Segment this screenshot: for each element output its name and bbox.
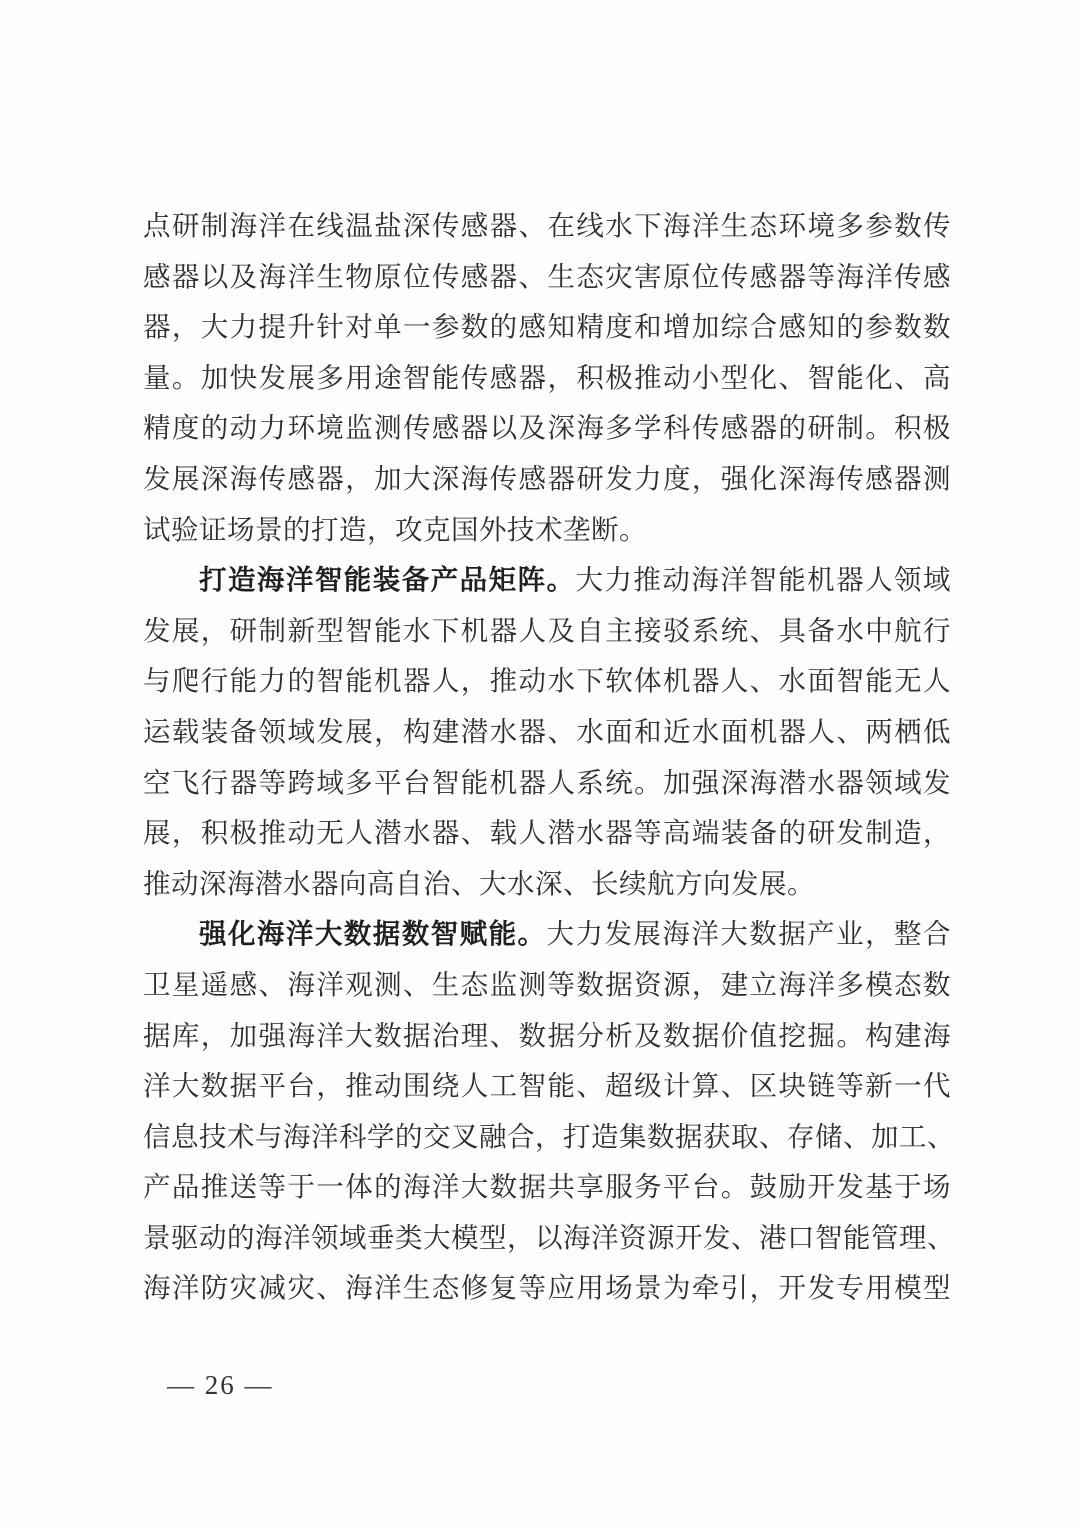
text-line: 卫星遥感、海洋观测、生态监测等数据资源，建立海洋多模态数 <box>143 960 951 1011</box>
text-line: 器，大力提升针对单一参数的感知精度和增加综合感知的参数数 <box>143 302 951 353</box>
text-line: 海洋防灾减灾、海洋生态修复等应用场景为牵引，开发专用模型 <box>143 1263 951 1314</box>
text-line: 推动深海潜水器向高自治、大水深、长续航方向发展。 <box>143 859 951 910</box>
paragraph-lead-bold: 打造海洋智能装备产品矩阵。 <box>199 564 575 595</box>
text-line: 打造海洋智能装备产品矩阵。大力推动海洋智能机器人领域 <box>143 555 951 606</box>
text-line: 发展深海传感器，加大深海传感器研发力度，强化深海传感器测 <box>143 454 951 505</box>
text-line: 点研制海洋在线温盐深传感器、在线水下海洋生态环境多参数传 <box>143 201 951 252</box>
text-line: 与爬行能力的智能机器人，推动水下软体机器人、水面智能无人 <box>143 656 951 707</box>
text-line: 展，积极推动无人潜水器、载人潜水器等高端装备的研发制造， <box>143 808 951 859</box>
text-line: 运载装备领域发展，构建潜水器、水面和近水面机器人、两栖低 <box>143 707 951 758</box>
paragraph-lead-bold: 强化海洋大数据数智赋能。 <box>199 918 547 949</box>
text-block: 点研制海洋在线温盐深传感器、在线水下海洋生态环境多参数传 感器以及海洋生物原位传… <box>143 201 951 1314</box>
paragraph-smart-equipment: 打造海洋智能装备产品矩阵。大力推动海洋智能机器人领域 发展，研制新型智能水下机器… <box>143 555 951 909</box>
paragraph-sensors: 点研制海洋在线温盐深传感器、在线水下海洋生态环境多参数传 感器以及海洋生物原位传… <box>143 201 951 555</box>
text-line-rest: 大力发展海洋大数据产业，整合 <box>547 918 951 949</box>
paragraph-big-data: 强化海洋大数据数智赋能。大力发展海洋大数据产业，整合 卫星遥感、海洋观测、生态监… <box>143 909 951 1314</box>
text-line: 强化海洋大数据数智赋能。大力发展海洋大数据产业，整合 <box>143 909 951 960</box>
text-line: 量。加快发展多用途智能传感器，积极推动小型化、智能化、高 <box>143 353 951 404</box>
text-line: 信息技术与海洋科学的交叉融合，打造集数据获取、存储、加工、 <box>143 1112 951 1163</box>
text-line: 空飞行器等跨域多平台智能机器人系统。加强深海潜水器领域发 <box>143 758 951 809</box>
text-line: 据库，加强海洋大数据治理、数据分析及数据价值挖掘。构建海 <box>143 1011 951 1062</box>
text-line: 发展，研制新型智能水下机器人及自主接驳系统、具备水中航行 <box>143 606 951 657</box>
text-line: 产品推送等于一体的海洋大数据共享服务平台。鼓励开发基于场 <box>143 1162 951 1213</box>
text-line: 洋大数据平台，推动围绕人工智能、超级计算、区块链等新一代 <box>143 1061 951 1112</box>
page-number: — 26 — <box>167 1368 274 1402</box>
text-line-rest: 大力推动海洋智能机器人领域 <box>575 564 951 595</box>
document-page: 点研制海洋在线温盐深传感器、在线水下海洋生态环境多参数传 感器以及海洋生物原位传… <box>0 0 1080 1528</box>
text-line: 景驱动的海洋领域垂类大模型，以海洋资源开发、港口智能管理、 <box>143 1213 951 1264</box>
text-line: 试验证场景的打造，攻克国外技术垄断。 <box>143 505 951 556</box>
text-line: 感器以及海洋生物原位传感器、生态灾害原位传感器等海洋传感 <box>143 252 951 303</box>
text-line: 精度的动力环境监测传感器以及深海多学科传感器的研制。积极 <box>143 403 951 454</box>
